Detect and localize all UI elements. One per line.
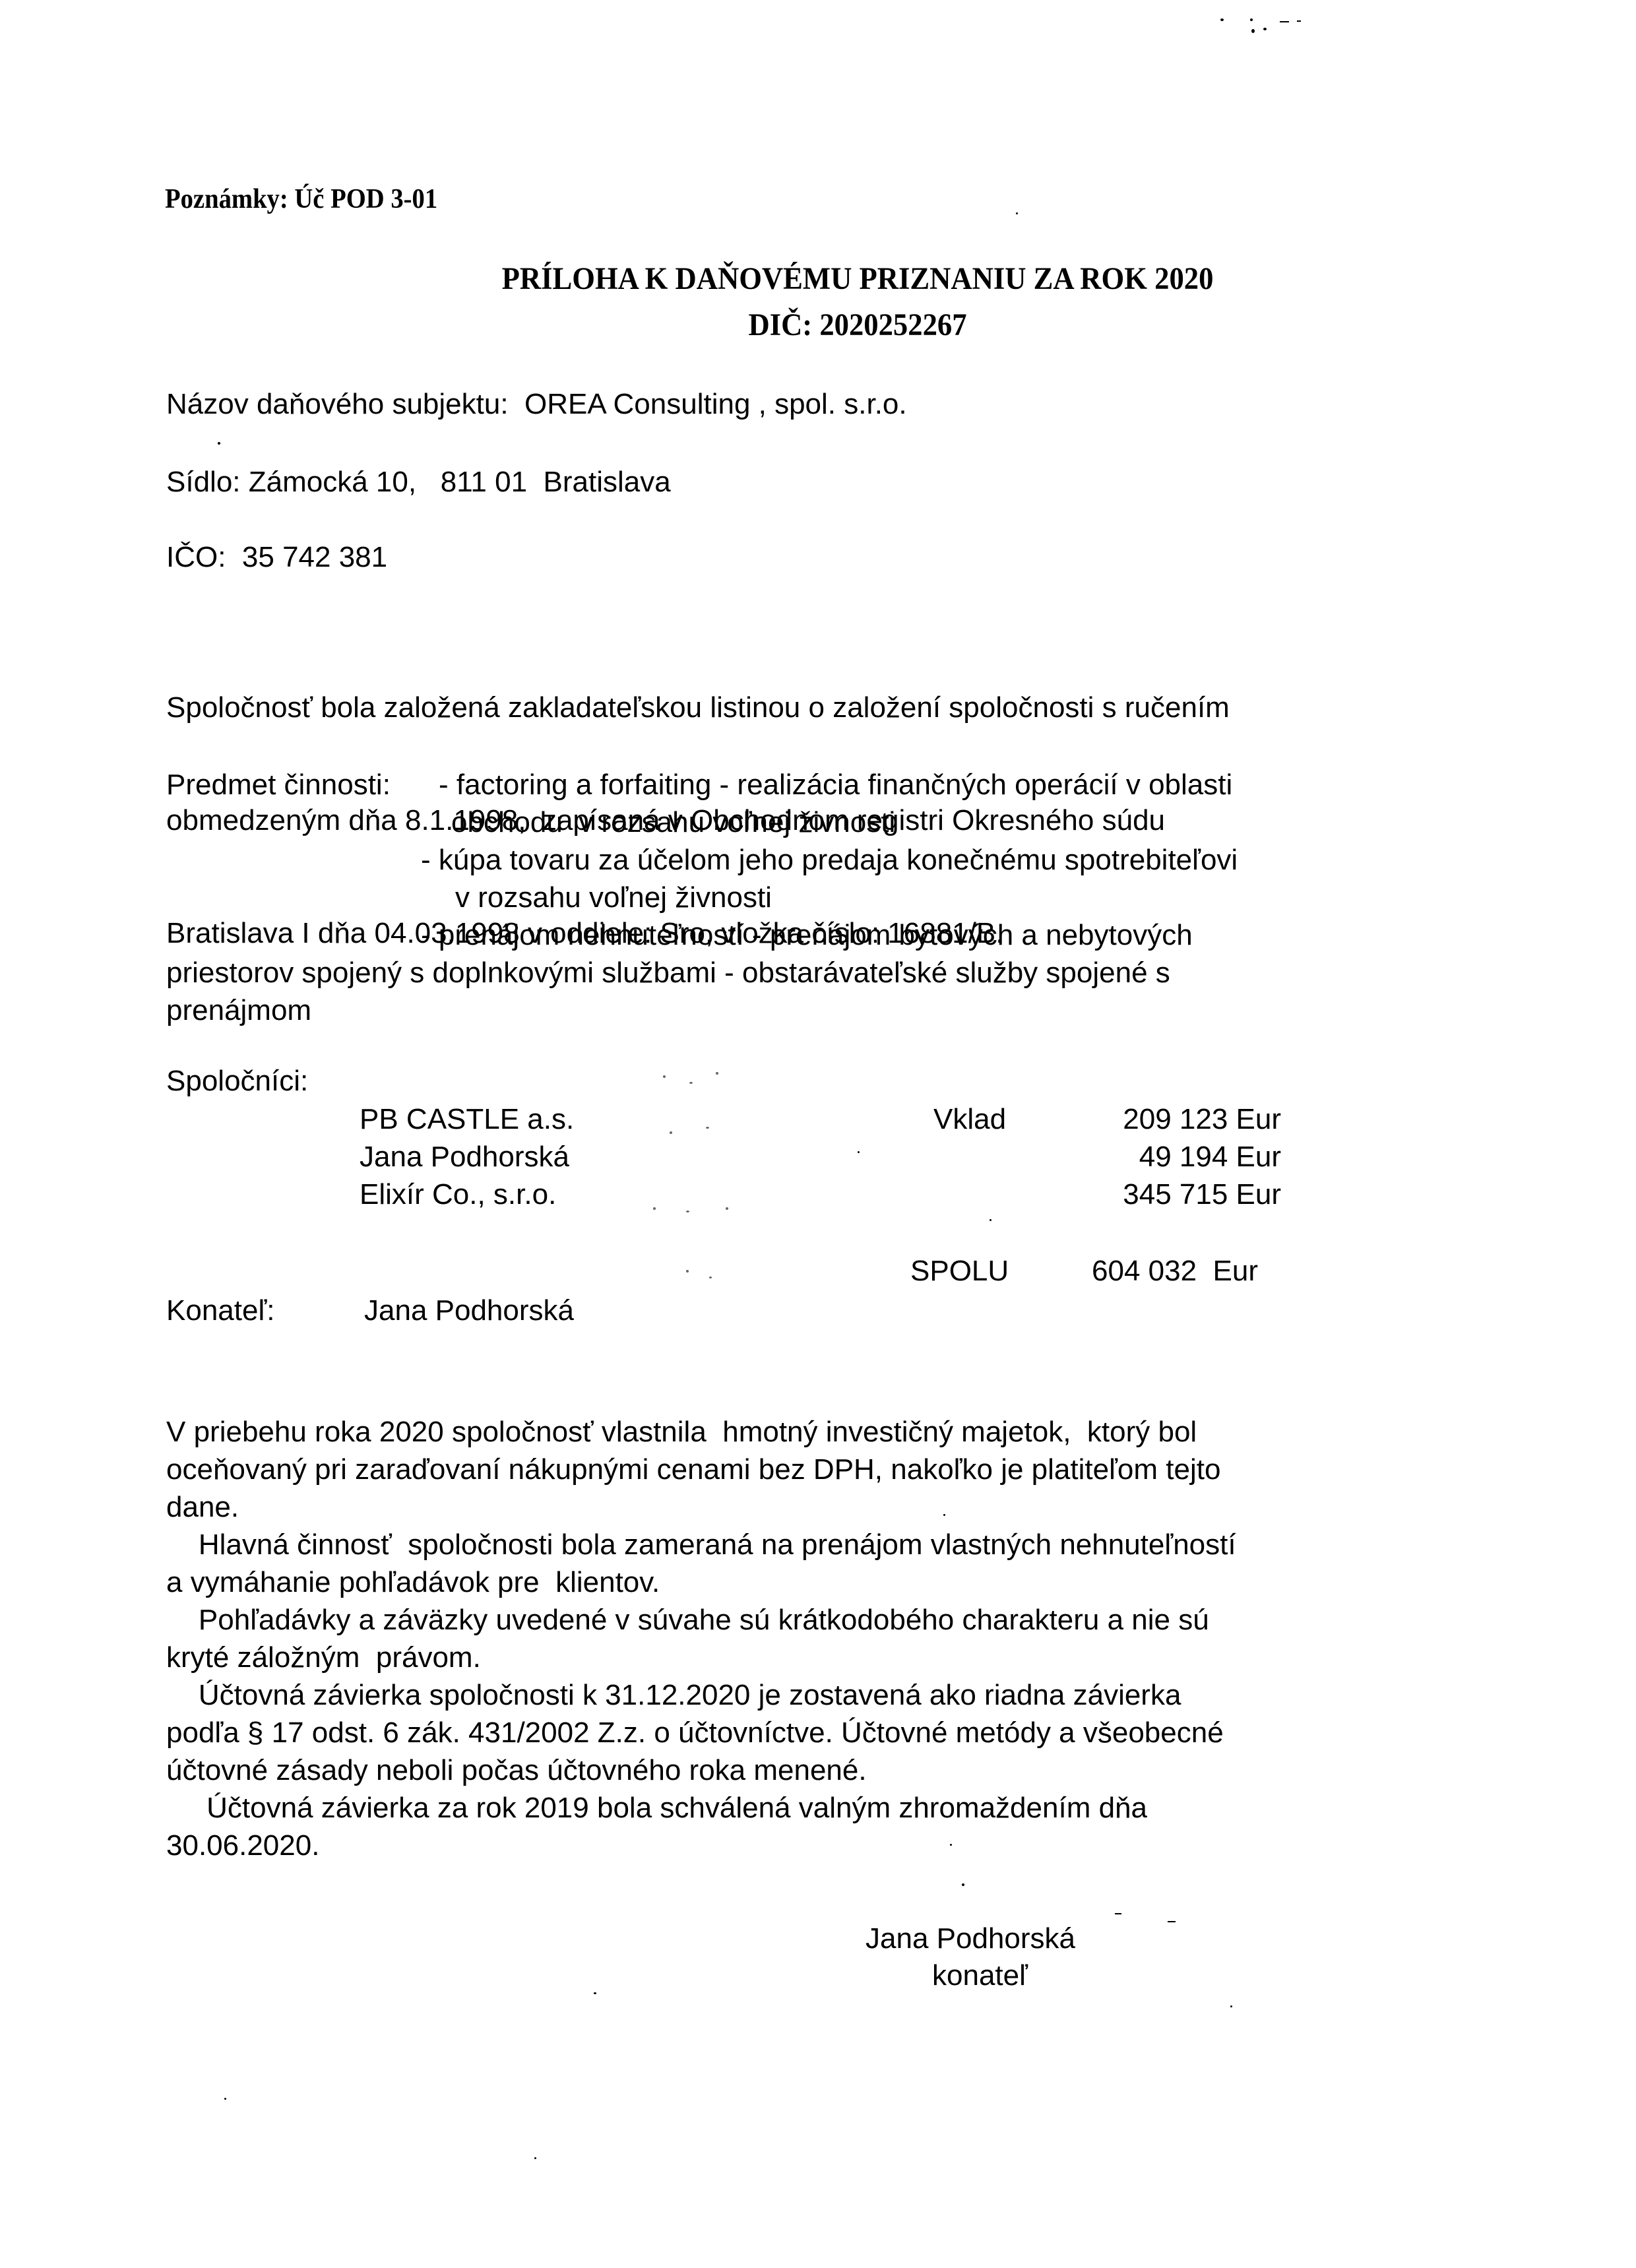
activities-label: Predmet činnosti: <box>166 766 391 803</box>
body-line: kryté záložným právom. <box>166 1639 481 1676</box>
executive-label: Konateľ: <box>166 1292 275 1329</box>
entity-name: Názov daňového subjektu: OREA Consulting… <box>166 385 907 423</box>
partner-name: Jana Podhorská <box>360 1138 569 1176</box>
body-line: podľa § 17 odst. 6 zák. 431/2002 Z.z. o … <box>166 1714 1224 1751</box>
body-line: Účtovná závierka za rok 2019 bola schvál… <box>166 1789 1147 1827</box>
contribution-label: Vklad <box>933 1100 1006 1138</box>
activity-line: prenájmom <box>166 992 311 1029</box>
partner-name: PB CASTLE a.s. <box>360 1100 574 1138</box>
entity-seat: Sídlo: Zámocká 10, 811 01 Bratislava <box>166 463 671 501</box>
total-amount: 604 032 Eur <box>1092 1252 1258 1290</box>
body-line: Hlavná činnosť spoločnosti bola zameraná… <box>166 1526 1236 1563</box>
body-line: 30.06.2020. <box>166 1827 319 1864</box>
founding-line: Spoločnosť bola založená zakladateľskou … <box>166 689 1230 726</box>
activity-line: priestorov spojený s doplnkovými službam… <box>166 954 1170 992</box>
total-label: SPOLU <box>910 1252 1009 1290</box>
activity-line: v rozsahu voľnej živnosti <box>455 879 772 916</box>
signature-role: konateľ <box>932 1957 1028 1994</box>
partners-label: Spoločníci: <box>166 1062 308 1100</box>
document-page: Poznámky: Úč POD 3-01 PRÍLOHA K DAŇOVÉMU… <box>0 0 1636 2268</box>
body-line: oceňovaný pri zaraďovaní nákupnými cenam… <box>166 1451 1220 1488</box>
partner-name: Elixír Co., s.r.o. <box>360 1176 556 1213</box>
body-line: V priebehu roka 2020 spoločnosť vlastnil… <box>166 1413 1197 1451</box>
page-title: PRÍLOHA K DAŇOVÉMU PRIZNANIU ZA ROK 2020 <box>60 261 1636 297</box>
activity-line: - factoring a forfaiting - realizácia fi… <box>439 766 1232 803</box>
activity-line: - kúpa tovaru za účelom jeho predaja kon… <box>421 841 1238 879</box>
signature-name: Jana Podhorská <box>865 1920 1075 1957</box>
activity-line: - prenájom nehnuteľností - prenájom byto… <box>421 916 1193 954</box>
entity-ico: IČO: 35 742 381 <box>166 538 387 576</box>
tax-id: DIČ: 2020252267 <box>60 307 1636 343</box>
executive-name: Jana Podhorská <box>364 1292 574 1329</box>
partner-amount: 49 194 Eur <box>1095 1138 1281 1176</box>
body-line: dane. <box>166 1488 239 1526</box>
body-line: Účtovná závierka spoločnosti k 31.12.202… <box>166 1676 1181 1714</box>
activity-line: obchodu v rozsahu voľnej živnosti <box>451 803 895 841</box>
partner-amount: 209 123 Eur <box>1095 1100 1281 1138</box>
body-line: Pohľadávky a záväzky uvedené v súvahe sú… <box>166 1601 1209 1639</box>
notes-label: Poznámky: Úč POD 3-01 <box>165 183 437 215</box>
body-line: a vymáhanie pohľadávok pre klientov. <box>166 1563 660 1601</box>
body-line: účtovné zásady neboli počas účtovného ro… <box>166 1751 867 1789</box>
partner-amount: 345 715 Eur <box>1095 1176 1281 1213</box>
